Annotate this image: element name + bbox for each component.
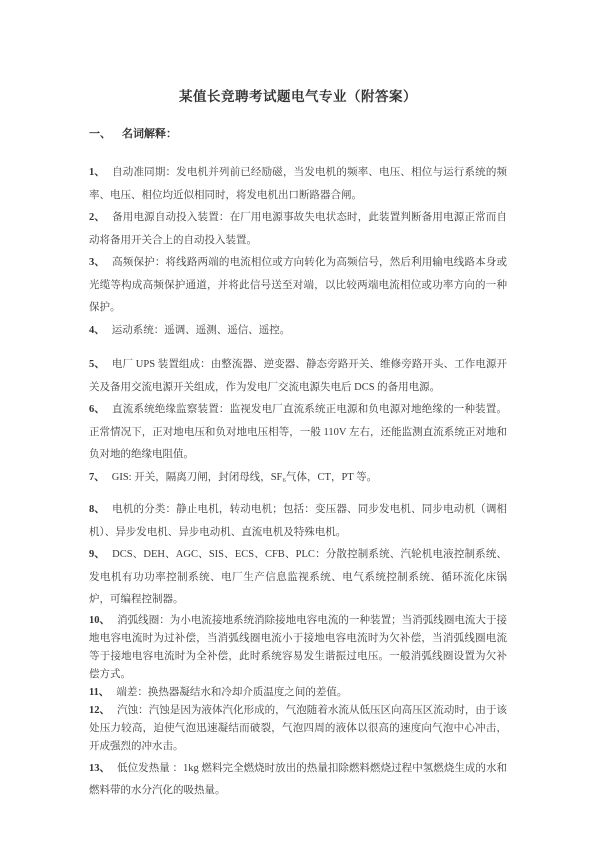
item-text: 消弧线圈：为小电流接地系统消除接地电容电流的一种装置；当消弧线圈电流大于接地电容… [89, 615, 507, 680]
item-number: 7、 [89, 472, 105, 483]
definition-item-8: 8、电机的分类：静止电机，转动电机；包括：变压器、同步发电机、同步电动机（调相机… [89, 499, 507, 544]
definition-item-13: 13、低位发热量 ：1kg 燃料完全燃烧时放出的热量扣除燃料燃烧过程中氢燃烧生成… [89, 758, 507, 803]
item-text: 电厂 UPS 装置组成：由整流器、逆变器、静态旁路开关、维修旁路开头、工作电源开… [89, 359, 507, 393]
item-number: 3、 [89, 257, 105, 268]
item-number: 2、 [89, 212, 105, 223]
item-number: 12、 [89, 705, 110, 716]
section-heading: 一、名词解释： [89, 127, 507, 142]
section-number: 一、 [89, 128, 111, 140]
definition-item-9: 9、DCS、DEH、AGC、SIS、ECS、CFB、PLC：分散控制系统、汽轮机… [89, 544, 507, 612]
item-text: GIS: 开关，隔离刀闸，封闭母线，SF₆气体，CT，PT 等。 [112, 472, 377, 483]
document-page: 某值长竞聘考试题电气专业（附答案） 一、名词解释： 1、自动准同期：发电机并列前… [0, 0, 595, 842]
item-number: 9、 [89, 549, 105, 560]
section-label: 名词解释： [122, 128, 177, 140]
page-title: 某值长竞聘考试题电气专业（附答案） [89, 89, 507, 105]
definition-item-3: 3、高频保护：将线路两端的电流相位或方向转化为高频信号，然后利用输电线路本身或光… [89, 252, 507, 320]
item-text: 备用电源自动投入装置：在厂用电源事故失电状态时，此装置判断备用电源正常而自动将备… [89, 212, 507, 246]
item-number: 4、 [89, 325, 105, 336]
item-text: 运动系统：遥调、遥测、遥信、遥控。 [112, 325, 291, 336]
definition-list: 1、自动准同期：发电机并列前已经励磁，当发电机的频率、电压、相位与运行系统的频率… [89, 162, 507, 803]
definition-item-5: 5、电厂 UPS 装置组成：由整流器、逆变器、静态旁路开关、维修旁路开头、工作电… [89, 354, 507, 399]
definition-item-2: 2、备用电源自动投入装置：在厂用电源事故失电状态时，此装置判断备用电源正常而自动… [89, 207, 507, 252]
item-number: 10、 [89, 615, 110, 626]
item-text: 汽蚀：汽蚀是因为液体汽化形成的，气泡随着水流从低压区向高压区流动时，由于该处压力… [89, 705, 507, 752]
item-number: 5、 [89, 359, 105, 370]
item-number: 8、 [89, 504, 105, 515]
item-number: 11、 [89, 687, 109, 698]
definition-item-11: 11、端差：换热器凝结水和冷却介质温度之间的差值。 [89, 684, 507, 702]
definition-item-10: 10、消弧线圈：为小电流接地系统消除接地电容电流的一种装置；当消弧线圈电流大于接… [89, 612, 507, 684]
item-text: 直流系统绝缘监察装置：监视发电厂直流系统正电源和负电源对地绝缘的一种装置。正常情… [89, 404, 507, 460]
item-text: 低位发热量 ：1kg 燃料完全燃烧时放出的热量扣除燃料燃烧过程中氢燃烧生成的水和… [89, 763, 507, 797]
item-number: 6、 [89, 404, 105, 415]
item-number: 1、 [89, 167, 105, 178]
item-text: 自动准同期：发电机并列前已经励磁，当发电机的频率、电压、相位与运行系统的频率、电… [89, 167, 507, 201]
definition-item-4: 4、运动系统：遥调、遥测、遥信、遥控。 [89, 320, 507, 343]
definition-item-7: 7、GIS: 开关，隔离刀闸，封闭母线，SF₆气体，CT，PT 等。 [89, 467, 507, 490]
definition-item-12: 12、汽蚀：汽蚀是因为液体汽化形成的，气泡随着水流从低压区向高压区流动时，由于该… [89, 702, 507, 756]
item-text: 电机的分类：静止电机，转动电机；包括：变压器、同步发电机、同步电动机（调相机）、… [89, 504, 507, 538]
item-number: 13、 [89, 763, 110, 774]
definition-item-6: 6、直流系统绝缘监察装置：监视发电厂直流系统正电源和负电源对地绝缘的一种装置。正… [89, 399, 507, 467]
item-text: 端差：换热器凝结水和冷却介质温度之间的差值。 [116, 687, 347, 698]
item-text: DCS、DEH、AGC、SIS、ECS、CFB、PLC：分散控制系统、汽轮机电液… [89, 549, 507, 605]
definition-item-1: 1、自动准同期：发电机并列前已经励磁，当发电机的频率、电压、相位与运行系统的频率… [89, 162, 507, 207]
item-text: 高频保护：将线路两端的电流相位或方向转化为高频信号，然后利用输电线路本身或光缆等… [89, 257, 507, 313]
